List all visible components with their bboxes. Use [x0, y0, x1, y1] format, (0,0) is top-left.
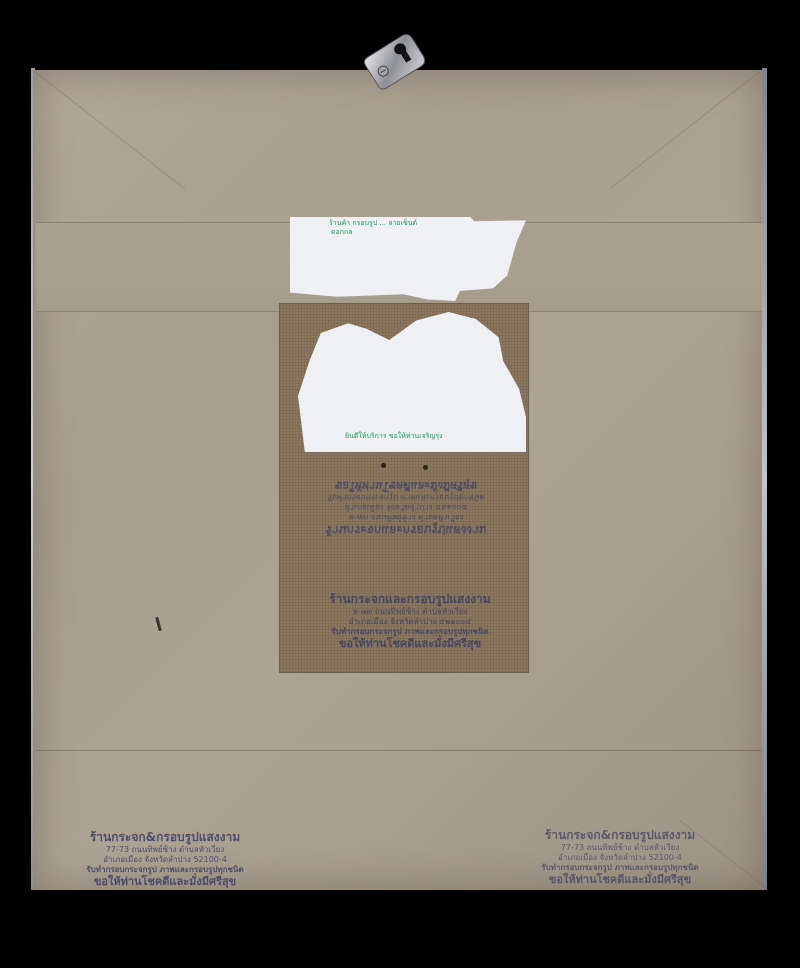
stamp-line: รับทำกรอบกระจกรูป ภาพและกรอบรูปทุกชนิด	[300, 627, 520, 637]
nail-hole	[423, 465, 428, 470]
stamp-line: อำเภอเมือง จังหวัดลำปาง 52100-4	[515, 853, 725, 863]
stamp-line: รับทำกรอบกระจกรูป ภาพและกรอบรูปทุกชนิด	[515, 863, 725, 873]
stamp-line: ห-๗๓ ถนนทิพย์ช้าง ตำบลหัวเวียง	[296, 512, 516, 522]
stamp-line: 77-73 ถนนทิพย์ช้าง ตำบลหัวเวียง	[515, 843, 725, 853]
crease-line	[36, 750, 762, 751]
stamp-line: อำเภอเมือง จังหวัดลำปาง ๕๒๑๐๐๔	[296, 502, 516, 512]
torn-label-top	[290, 217, 526, 301]
stamp-line: ห-๗๓ ถนนทิพย์ช้าง ตำบลหัวเวียง	[300, 607, 520, 617]
stamp-footer: ขอให้ท่านโชคดีและมั่งมีศรีสุข	[296, 478, 516, 492]
stamp-title: ร้านกระจก&กรอบรูปแสงงาม	[60, 830, 270, 845]
stamp-line: อำเภอเมือง จังหวัดลำปาง ๕๒๑๐๐๔	[300, 617, 520, 627]
label-text-top-2: ดอกกล	[331, 227, 353, 238]
stamp-line: รับทำกรอบกระจกรูป ภาพและกรอบรูปทุกชนิด	[60, 865, 270, 875]
stamp-line: 77-73 ถนนทิพย์ช้าง ตำบลหัวเวียง	[60, 845, 270, 855]
label-text-bottom: ยินดีให้บริการ ขอให้ท่านเจริญรุ่ง	[345, 431, 443, 442]
stamp-bottom-right: ร้านกระจก&กรอบรูปแสงงาม 77-73 ถนนทิพย์ช้…	[515, 828, 725, 887]
stamp-line: อำเภอเมือง จังหวัดลำปาง 52100-4	[60, 855, 270, 865]
stamp-footer: ขอให้ท่านโชคดีและมั่งมีศรีสุข	[60, 875, 270, 889]
center-stamp-lower: ร้านกระจกและกรอบรูปแสงงาม ห-๗๓ ถนนทิพย์ช…	[300, 592, 520, 651]
frame-right-edge	[762, 68, 767, 890]
stamp-title: ร้านกระจก&กรอบรูปแสงงาม	[515, 828, 725, 843]
stamp-line: รับทำกรอบกระจกรูป ภาพและกรอบรูปทุกชนิด	[296, 492, 516, 502]
center-stamp-upper: ร้านกระจกและกรอบรูปแสงงาม ห-๗๓ ถนนทิพย์ช…	[296, 478, 516, 537]
stamp-bottom-left: ร้านกระจก&กรอบรูปแสงงาม 77-73 ถนนทิพย์ช้…	[60, 830, 270, 889]
stamp-title: ร้านกระจกและกรอบรูปแสงงาม	[300, 592, 520, 607]
stamp-footer: ขอให้ท่านโชคดีและมั่งมีศรีสุข	[300, 637, 520, 651]
nail-hole	[381, 463, 386, 468]
stamp-title: ร้านกระจกและกรอบรูปแสงงาม	[296, 522, 516, 537]
stamp-footer: ขอให้ท่านโชคดีและมั่งมีศรีสุข	[515, 873, 725, 887]
